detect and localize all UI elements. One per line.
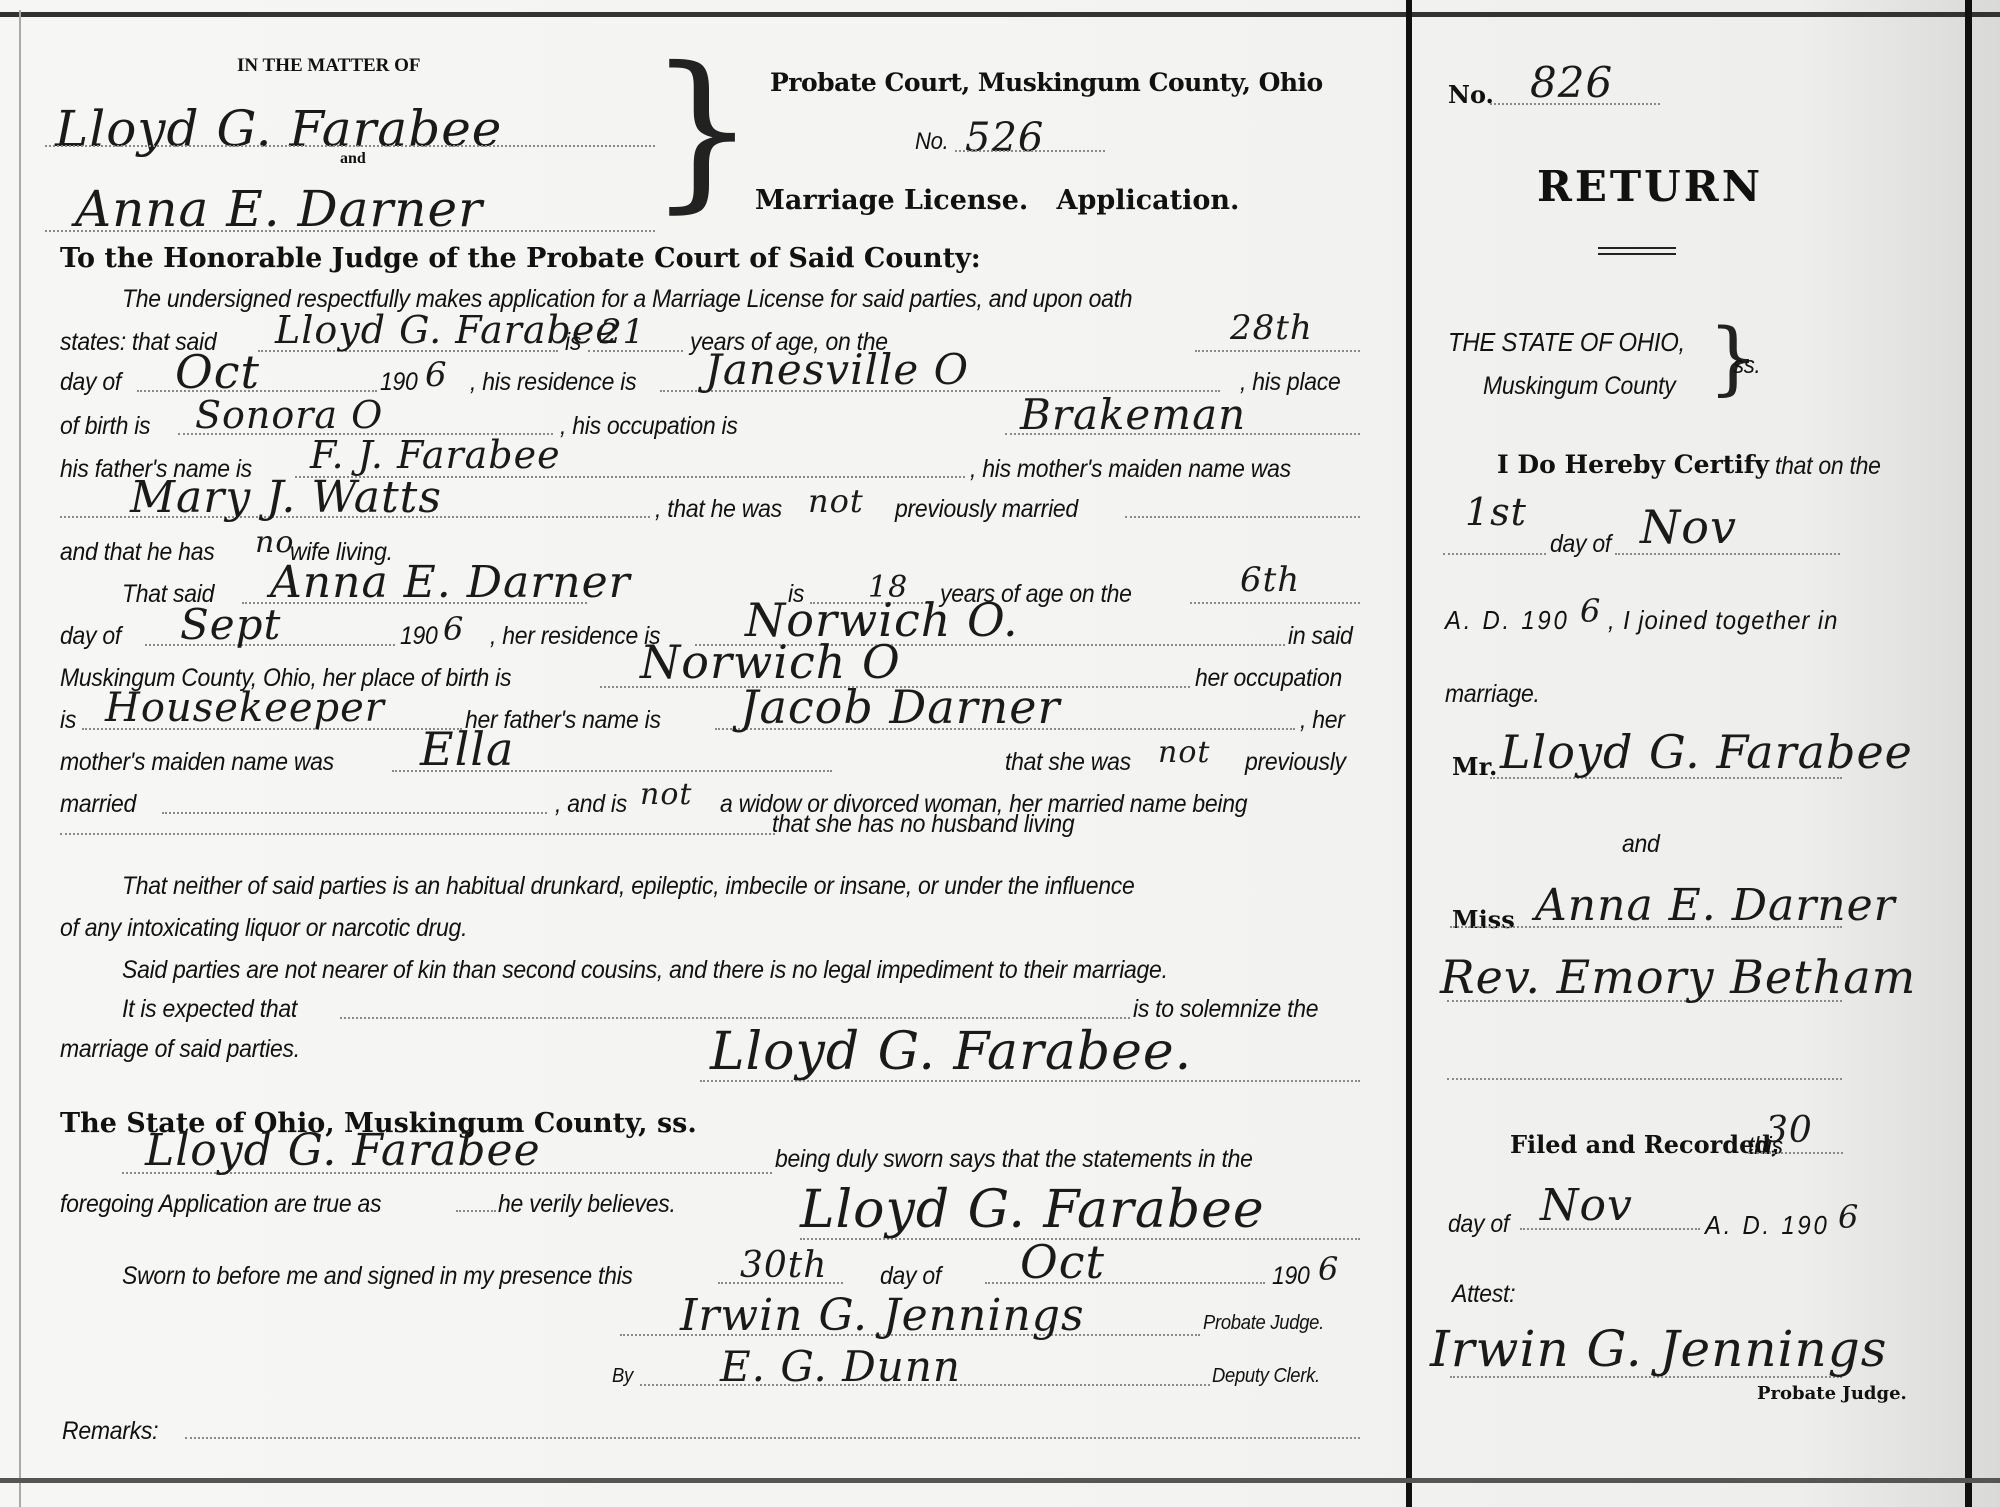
- bride-bday-line: [1190, 602, 1360, 604]
- bride-in-said-label: in said: [1288, 622, 1353, 651]
- groom-age-field: 21: [600, 312, 645, 352]
- groom-year-field: 6: [425, 355, 448, 395]
- return-title-rule-2: [1598, 253, 1676, 255]
- return-and-label: and: [1622, 830, 1660, 859]
- return-ad-label: A. D. 190: [1445, 605, 1570, 636]
- return-bride-field: Anna E. Darner: [1535, 880, 1896, 931]
- clerk-signature: E. G. Dunn: [720, 1342, 961, 1391]
- groom-place-label: , his place: [1240, 368, 1341, 397]
- sworn-text: being duly sworn says that the statement…: [775, 1145, 1253, 1174]
- bride-married-label: married: [60, 790, 136, 819]
- judge-title: Probate Judge.: [1203, 1312, 1324, 1335]
- bride-married-name-line: [60, 833, 775, 835]
- bride-occupation-label: her occupation: [1195, 664, 1342, 693]
- sworn-year-field: 6: [1318, 1250, 1339, 1288]
- attest-label: Attest:: [1452, 1280, 1515, 1309]
- groom-wife-label: and that he has: [60, 538, 214, 567]
- return-month-field: Nov: [1640, 500, 1737, 554]
- return-year-field: 6: [1580, 592, 1601, 630]
- filed-day-field: 30: [1765, 1110, 1813, 1151]
- groom-prev-married-field: not: [808, 482, 864, 520]
- return-miss-label: Miss: [1452, 905, 1515, 934]
- bride-prev-married-label: that she was: [1005, 748, 1131, 777]
- attest-judge-title: Probate Judge.: [1757, 1383, 1907, 1404]
- groom-father-field: F. J. Farabee: [310, 433, 561, 477]
- affiant-name: Lloyd G. Farabee: [145, 1125, 541, 1176]
- groom-birth-label: of birth is: [60, 412, 150, 441]
- return-county-line: Muskingum County: [1483, 372, 1675, 401]
- clause-marriage: marriage of said parties.: [60, 1035, 300, 1064]
- groom-prev-married-line: [1125, 516, 1360, 518]
- remarks-line: [185, 1437, 1360, 1439]
- right-border: [1965, 0, 1972, 1507]
- bride-widow-field: not: [640, 777, 692, 812]
- return-number: 826: [1530, 58, 1613, 107]
- filed-month-field: Nov: [1540, 1180, 1633, 1231]
- return-ss: ss.: [1733, 352, 1760, 380]
- matter-groom-line: [45, 145, 655, 147]
- groom-bday-field: 28th: [1230, 308, 1313, 348]
- certify-bold: I Do Hereby Certify: [1497, 450, 1769, 479]
- return-joined-label: , I joined together in: [1608, 605, 1838, 636]
- bride-widow-label: , and is: [555, 790, 627, 819]
- sworn-dayof-label: day of: [880, 1262, 941, 1291]
- bride-bday-field: 6th: [1240, 560, 1300, 600]
- bride-mother-field: Ella: [420, 722, 514, 776]
- bride-name-field: Anna E. Darner: [270, 557, 631, 608]
- matter-groom-name: Lloyd G. Farabee: [55, 100, 502, 158]
- intro-text: The undersigned respectfully makes appli…: [122, 285, 1132, 314]
- affiant-signature: Lloyd G. Farabee: [800, 1180, 1265, 1240]
- clause-intoxicating: of any intoxicating liquor or narcotic d…: [60, 914, 467, 943]
- officiant-line: [340, 1017, 1130, 1019]
- groom-birthplace-field: Sonora O: [195, 393, 383, 437]
- remarks-label: Remarks:: [62, 1417, 158, 1446]
- sworn-month-field: Oct: [1020, 1235, 1105, 1289]
- sworn-year-prefix: 190: [1272, 1262, 1310, 1291]
- court-title: Probate Court, Muskingum County, Ohio: [770, 68, 1323, 97]
- clause-kin: Said parties are not nearer of kin than …: [122, 956, 1168, 985]
- filed-year-field: 6: [1838, 1198, 1859, 1236]
- groom-mother-field: Mary J. Watts: [130, 472, 442, 523]
- bride-dayof-label: day of: [60, 622, 121, 651]
- form-title: Marriage License. Application.: [755, 185, 1239, 216]
- sworn-day-field: 30th: [740, 1245, 827, 1286]
- return-day-field: 1st: [1465, 490, 1527, 534]
- return-title: RETURN: [1537, 162, 1763, 211]
- bride-occupation-field: Housekeeper: [105, 685, 385, 731]
- groom-occupation-field: Brakeman: [1020, 390, 1246, 439]
- groom-mother-label: , his mother's maiden name was: [970, 455, 1291, 484]
- bride-prev-married-field: not: [1158, 735, 1210, 770]
- groom-prev-married-label-b: previously married: [895, 495, 1078, 524]
- return-dayof-label: day of: [1550, 530, 1611, 559]
- attest-judge-signature: Irwin G. Jennings: [1430, 1320, 1887, 1378]
- return-marriage-label: marriage.: [1445, 680, 1540, 709]
- bride-year-field: 6: [443, 610, 464, 648]
- filed-day-line: [1748, 1152, 1843, 1154]
- clause-habitual: That neither of said parties is an habit…: [122, 872, 1134, 901]
- groom-occupation-label: , his occupation is: [560, 412, 738, 441]
- bride-her-label: , her: [1300, 706, 1345, 735]
- groom-residence-field: Janesville O: [705, 345, 969, 394]
- bride-married-line: [162, 812, 547, 814]
- groom-prev-married-label: , that he was: [655, 495, 782, 524]
- license-no-line: [955, 150, 1105, 152]
- return-groom-field: Lloyd G. Farabee: [1500, 725, 1913, 779]
- return-officiant-field: Rev. Emory Betham: [1440, 950, 1916, 1004]
- filed-bold: Filed and Recorded,: [1510, 1130, 1779, 1159]
- bride-mother-label: mother's maiden name was: [60, 748, 334, 777]
- license-no-label: No.: [915, 128, 949, 156]
- matter-heading: IN THE MATTER OF: [237, 55, 421, 77]
- clause-solemnize: is to solemnize the: [1133, 995, 1318, 1024]
- address-heading: To the Honorable Judge of the Probate Co…: [60, 243, 981, 274]
- matter-brace: }: [648, 45, 756, 215]
- return-blank-line: [1447, 1078, 1842, 1080]
- bride-residence-label: , her residence is: [490, 622, 660, 651]
- return-title-rule-1: [1598, 247, 1676, 249]
- return-no-line: [1490, 103, 1660, 105]
- return-day-line: [1443, 553, 1546, 555]
- return-no-label: No.: [1448, 80, 1494, 109]
- by-label: By: [612, 1365, 633, 1388]
- column-divider: [1406, 0, 1412, 1507]
- bride-husband-label: that she has no husband living: [772, 810, 1074, 839]
- sworn-before-label: Sworn to before me and signed in my pres…: [122, 1262, 633, 1291]
- bride-prev-married-label-b: previously: [1245, 748, 1346, 777]
- groom-wife-field: no: [255, 525, 294, 560]
- groom-is-label: is: [565, 328, 581, 357]
- clerk-title: Deputy Clerk.: [1212, 1365, 1320, 1388]
- foregoing-text: foregoing Application are true as: [60, 1190, 381, 1219]
- license-number: 526: [965, 115, 1044, 161]
- judge-signature: Irwin G. Jennings: [680, 1290, 1085, 1341]
- bride-month-field: Sept: [180, 600, 281, 649]
- groom-dayof-label: day of: [60, 368, 121, 397]
- top-border: [0, 12, 2000, 17]
- bottom-border: [0, 1478, 2000, 1483]
- as-line: [456, 1210, 496, 1212]
- groom-bday-line: [1195, 350, 1360, 352]
- bride-is-label2: is: [60, 706, 76, 735]
- applicant-signature: Lloyd G. Farabee.: [710, 1022, 1192, 1082]
- groom-residence-label: , his residence is: [470, 368, 636, 397]
- filed-ad-label: A. D. 190: [1705, 1210, 1830, 1241]
- bride-father-field: Jacob Darner: [740, 680, 1061, 734]
- foregoing-text-b: he verily believes.: [498, 1190, 676, 1219]
- left-margin-line: [19, 10, 21, 1507]
- return-state-line: THE STATE OF OHIO,: [1448, 327, 1685, 358]
- matter-bride-line: [45, 230, 655, 232]
- bride-year-prefix: 190: [400, 622, 438, 651]
- certify-rest: that on the: [1775, 452, 1881, 481]
- matter-and: and: [340, 150, 366, 168]
- clause-expected: It is expected that: [122, 995, 297, 1024]
- groom-year-prefix: 190: [380, 368, 418, 397]
- filed-dayof-label: day of: [1448, 1210, 1509, 1239]
- groom-month-field: Oct: [175, 345, 260, 399]
